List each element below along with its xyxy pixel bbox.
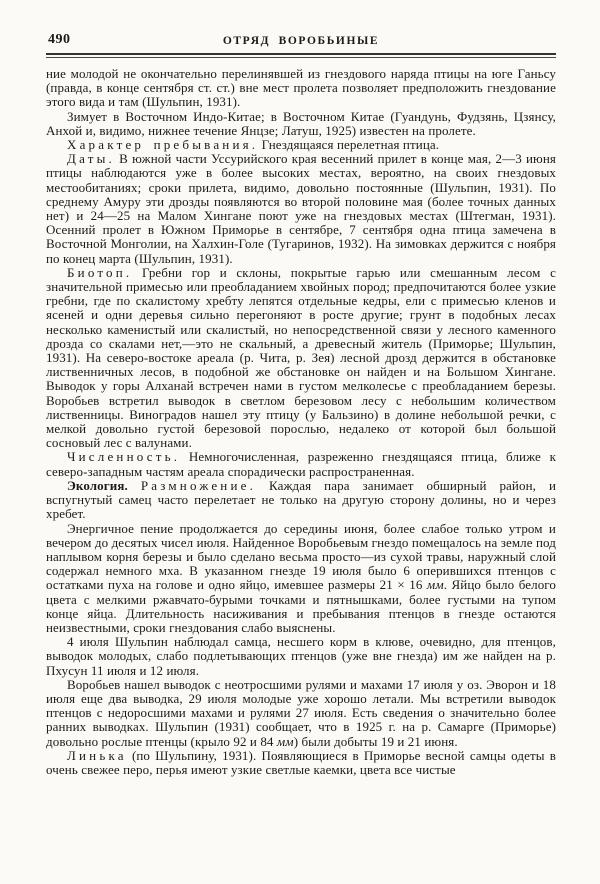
text-run: ние молодой не окончательно перелинявшей… <box>46 66 556 109</box>
paragraph: Экология. Размножение. Каждая пара заним… <box>46 479 556 522</box>
text-run: В южной части Уссурийского края весенний… <box>46 151 556 265</box>
text-run: Гнездящаяся перелетная птица. <box>258 137 439 152</box>
paragraph: Даты. В южной части Уссурийского края ве… <box>46 152 556 266</box>
text-run: Гребни гор и склоны, покрытые гарью или … <box>46 265 556 450</box>
paragraph: Зимует в Восточном Индо-Китае; в Восточн… <box>46 110 556 138</box>
paragraph: Энергичное пение продолжается до середин… <box>46 522 556 636</box>
text-run: мм <box>277 734 294 749</box>
section-heading: Численность. <box>67 449 180 464</box>
paragraph: Воробьев нашел выводок с неотросшими рул… <box>46 678 556 749</box>
header-rule <box>46 53 556 58</box>
section-heading: Биотоп. <box>67 265 132 280</box>
text-run: Зимует в Восточном Индо-Китае; в Восточн… <box>46 109 556 138</box>
section-heading: Характер пребывания. <box>67 137 258 152</box>
section-heading: Даты. <box>67 151 115 166</box>
text-block: ние молодой не окончательно перелинявшей… <box>46 67 556 777</box>
paragraph: ние молодой не окончательно перелинявшей… <box>46 67 556 110</box>
book-page: 490 ОТРЯД ВОРОБЬИНЫЕ ние молодой не окон… <box>0 0 600 884</box>
paragraph: Характер пребывания. Гнездящаяся перелет… <box>46 138 556 152</box>
section-heading: Линька <box>67 748 127 763</box>
page-header: 490 ОТРЯД ВОРОБЬИНЫЕ <box>46 30 556 48</box>
text-run <box>128 478 141 493</box>
running-title: ОТРЯД ВОРОБЬИНЫЕ <box>46 35 556 47</box>
text-run: мм <box>427 577 444 592</box>
text-run: ) были добыты 19 и 21 июня. <box>294 734 458 749</box>
paragraph: Численность. Немногочисленная, разреженн… <box>46 450 556 478</box>
paragraph: Биотоп. Гребни гор и склоны, покрытые га… <box>46 266 556 451</box>
section-heading: Размножение. <box>141 478 256 493</box>
text-run: 4 июля Шульпин наблюдал самца, несшего к… <box>46 634 556 677</box>
text-run: Экология. <box>67 478 128 493</box>
paragraph: 4 июля Шульпин наблюдал самца, несшего к… <box>46 635 556 678</box>
paragraph: Линька (по Шульпину, 1931). Появляющиеся… <box>46 749 556 777</box>
